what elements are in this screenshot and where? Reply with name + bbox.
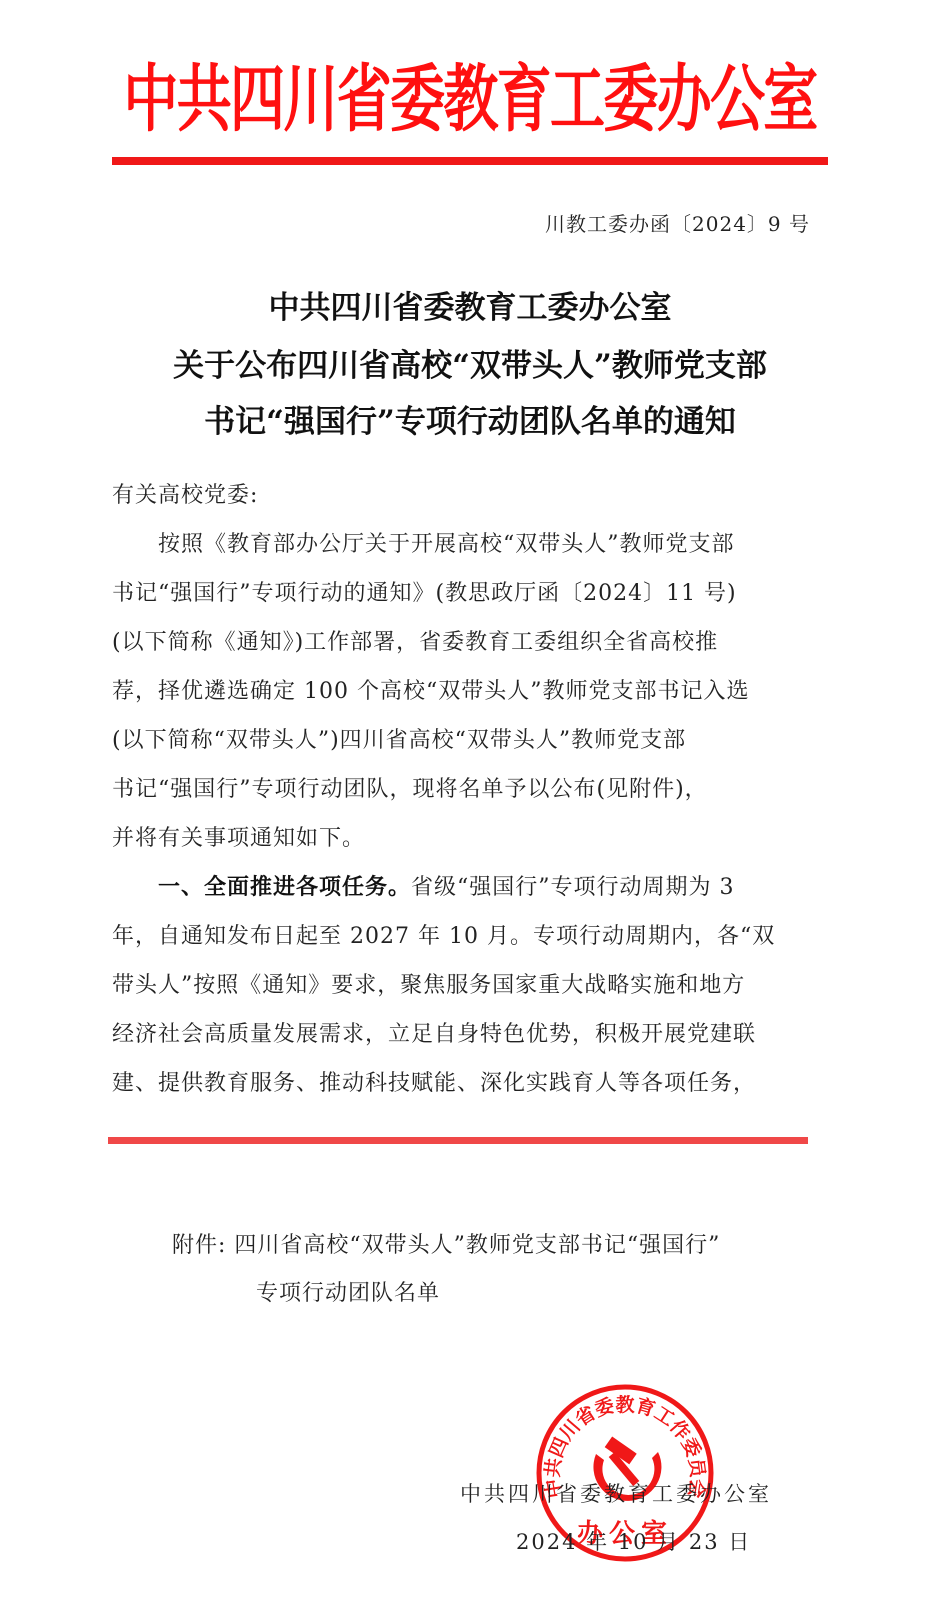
masthead-red-rule	[112, 157, 828, 165]
paragraph-line: 带头人”按照《通知》要求，聚焦服务国家重大战略实施和地方	[112, 962, 828, 1010]
signature-organization: 中共四川省委教育工委办公室	[460, 1478, 772, 1508]
section-1-text: 省级“强国行”专项行动周期为 3	[411, 875, 735, 900]
document-title-line-3: 书记“强国行”专项行动团队名单的通知	[100, 396, 840, 441]
paragraph-line: 书记“强国行”专项行动团队，现将名单予以公布(见附件)，	[112, 766, 828, 814]
attachment-label: 附件:	[172, 1233, 226, 1258]
page-break-red-rule	[108, 1137, 808, 1144]
paragraph-line: (以下简称“双带头人”)四川省高校“双带头人”教师党支部	[112, 717, 828, 765]
paragraph-line: 荐，择优遴选确定 100 个高校“双带头人”教师党支部书记入选	[112, 668, 828, 716]
attachment-line-2: 专项行动团队名单	[256, 1276, 440, 1307]
paragraph-line: 建、提供教育服务、推动科技赋能、深化实践育人等各项任务，	[112, 1060, 828, 1108]
paragraph-line: 按照《教育部办公厅关于开展高校“双带头人”教师党支部	[112, 521, 874, 569]
document-number: 川教工委办函〔2024〕9 号	[480, 208, 810, 237]
document-title-line-2: 关于公布四川省高校“双带头人”教师党支部	[100, 340, 840, 385]
paragraph-line: 经济社会高质量发展需求，立足自身特色优势，积极开展党建联	[112, 1011, 828, 1059]
masthead-title: 中共四川省委教育工委办公室	[162, 45, 778, 154]
paragraph-line: 书记“强国行”专项行动的通知》(教思政厅函〔2024〕11 号)	[112, 570, 828, 618]
paragraph-line: 并将有关事项通知如下。	[112, 815, 828, 863]
paragraph-line: (以下简称《通知》)工作部署，省委教育工委组织全省高校推	[112, 619, 828, 667]
signature-date: 2024 年 10 月 23 日	[516, 1526, 751, 1556]
salutation: 有关高校党委:	[112, 472, 828, 520]
attachment-line-1: 附件: 四川省高校“双带头人”教师党支部书记“强国行”	[172, 1228, 720, 1259]
attachment-title: 四川省高校“双带头人”教师党支部书记“强国行”	[234, 1233, 720, 1258]
paragraph-line: 年，自通知发布日起至 2027 年 10 月。专项行动周期内，各“双	[112, 913, 828, 961]
document-title-line-1: 中共四川省委教育工委办公室	[100, 282, 840, 327]
section-1-first-line: 一、全面推进各项任务。省级“强国行”专项行动周期为 3	[112, 864, 874, 912]
section-1-heading: 一、全面推进各项任务。	[158, 875, 411, 900]
